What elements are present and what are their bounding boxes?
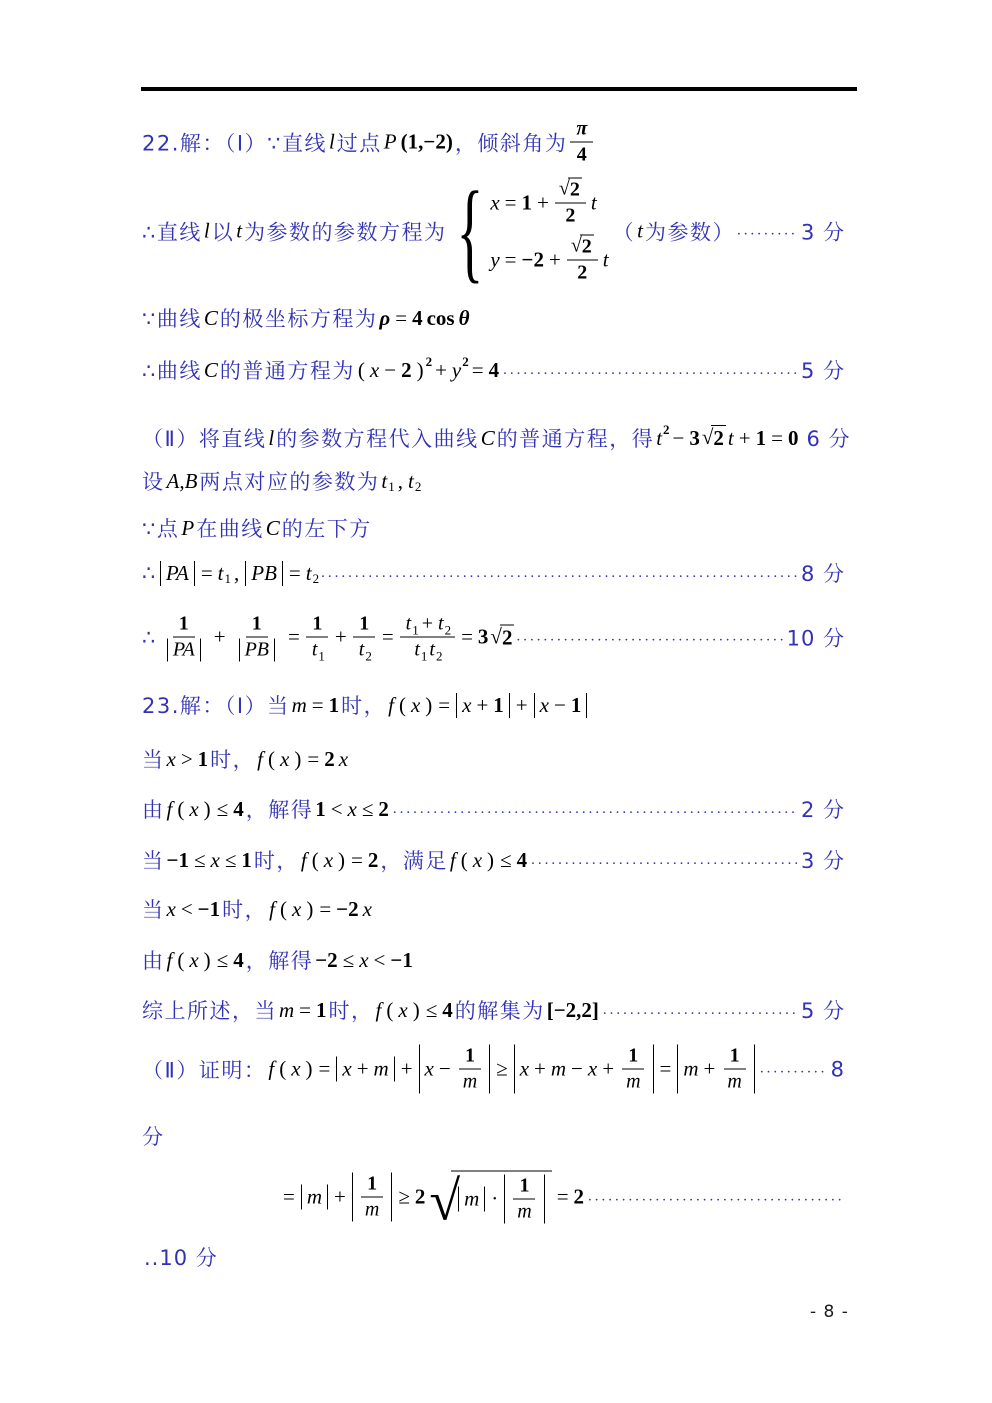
radical-sign: √	[429, 1180, 460, 1225]
math-segment: 1	[359, 613, 369, 636]
radicand: 2	[711, 425, 726, 451]
math-segment: A,B	[167, 469, 198, 494]
math-segment: =	[557, 1185, 569, 1210]
math-segment: +	[739, 426, 751, 451]
math-segment: )	[338, 848, 345, 873]
math-segment: 4	[577, 144, 587, 167]
math-segment: =	[505, 190, 517, 215]
math-segment: 2	[324, 747, 335, 772]
math-segment: )	[487, 848, 494, 873]
math-segment: x	[411, 693, 420, 718]
absolute-value-group: m + 1 m	[677, 1045, 754, 1094]
text-segment: 22.解：（Ⅰ）∵直线	[142, 127, 327, 157]
math-segment: C	[204, 358, 218, 383]
math-segment: x	[473, 848, 482, 873]
absolute-value-group: x + m	[336, 1057, 394, 1082]
math-segment: ρ	[379, 306, 390, 331]
text-segment: （	[613, 216, 636, 246]
math-segment: ≥	[398, 1185, 410, 1210]
subscript: 2	[445, 622, 452, 638]
math-segment: 1	[241, 848, 252, 873]
math-segment: 1	[730, 1045, 740, 1068]
math-segment: PB	[245, 639, 269, 662]
math-segment: 4	[442, 998, 453, 1023]
fraction: 1 t2	[353, 613, 376, 662]
math-segment: +	[357, 1057, 369, 1082]
equation-column: x = 1 + √2 2 t y = −2 + √2	[488, 178, 610, 285]
math-segment: (	[177, 948, 184, 973]
exponent: 2	[426, 354, 433, 370]
equation-y: y = −2 + √2 2 t	[488, 235, 610, 285]
math-segment: 1	[315, 797, 326, 822]
q22-line4: ∴曲线 C 的普通方程为 ( x − 2 ) 2 + y 2 = 4 .....…	[142, 355, 845, 385]
math-segment: t	[306, 561, 312, 586]
math-segment: (	[268, 747, 275, 772]
math-segment: ≤	[362, 797, 374, 822]
math-segment: t	[218, 561, 224, 586]
math-segment: x	[363, 897, 372, 922]
math-segment: )	[294, 747, 301, 772]
math-segment: 2	[401, 358, 412, 383]
math-segment: −	[439, 1057, 451, 1082]
brace-symbol: {	[456, 178, 483, 284]
math-segment: (	[461, 848, 468, 873]
math-segment: x	[189, 797, 198, 822]
radicand: m · 1 m	[451, 1171, 552, 1224]
math-segment: )	[204, 948, 211, 973]
math-segment: t	[381, 469, 387, 494]
equation-x: x = 1 + √2 2 t	[488, 178, 610, 228]
math-segment: 2	[368, 848, 379, 873]
text-segment: 23.解：（Ⅰ）当	[142, 690, 290, 720]
math-segment: )	[306, 1057, 313, 1082]
math-segment: ≤	[500, 848, 512, 873]
score-label: 3 分	[801, 216, 845, 246]
dots-leader: ........................................…	[531, 853, 797, 868]
math-segment: ≤	[426, 998, 438, 1023]
math-segment: cos	[427, 306, 455, 331]
q23-line1: 23.解：（Ⅰ）当 m = 1 时， f ( x ) = x + 1 + x −…	[142, 690, 590, 720]
math-segment: )	[417, 358, 424, 383]
text-segment: 的极坐标方程为	[220, 303, 378, 333]
radicand: 2	[500, 624, 515, 650]
math-segment: ,	[398, 469, 403, 494]
math-segment: )	[204, 797, 211, 822]
math-segment: l	[268, 426, 274, 451]
math-segment: 1	[522, 190, 533, 215]
math-segment: =	[771, 426, 783, 451]
math-segment: t	[591, 190, 597, 215]
math-segment: ≤	[194, 848, 206, 873]
radical: √2	[559, 178, 582, 202]
math-segment: y	[452, 358, 461, 383]
radical: √2	[490, 624, 514, 650]
math-segment: (	[399, 693, 406, 718]
math-segment: +	[335, 625, 347, 650]
q23-line5: 当 x < −1 时， f ( x ) = −2 x	[142, 894, 374, 924]
math-segment: t	[408, 469, 414, 494]
q22-line3: ∵曲线 C 的极坐标方程为 ρ = 4 cos θ	[142, 303, 471, 333]
math-segment: −2	[522, 247, 544, 272]
math-segment: −2	[315, 948, 337, 973]
math-segment: x	[342, 1057, 351, 1082]
math-segment: +	[537, 190, 549, 215]
math-segment: <	[374, 948, 386, 973]
math-segment: x	[291, 1057, 300, 1082]
math-segment: 1	[519, 1175, 529, 1198]
math-segment: t	[236, 219, 242, 244]
math-segment: 3	[689, 426, 700, 451]
math-segment: +	[435, 358, 447, 383]
absolute-value-group: 1 m	[352, 1173, 392, 1222]
text-segment: 在曲线	[196, 513, 264, 543]
text-segment: 当	[142, 894, 165, 924]
math-segment: t	[429, 639, 435, 662]
math-segment: t	[438, 613, 444, 636]
text-segment: ，解得	[246, 794, 314, 824]
math-segment: x	[425, 1057, 434, 1082]
math-segment: 3	[478, 625, 489, 650]
math-segment: x	[339, 747, 348, 772]
math-segment: f	[301, 848, 307, 873]
math-segment: x	[398, 998, 407, 1023]
text-segment: 由	[142, 794, 165, 824]
math-segment: f	[167, 797, 173, 822]
math-segment: x	[280, 747, 289, 772]
text-segment: 当	[142, 845, 165, 875]
radical: √2	[571, 235, 594, 259]
math-segment: 4	[517, 848, 528, 873]
radical: √2	[702, 425, 726, 451]
math-segment: 4	[489, 358, 500, 383]
math-segment: −1	[198, 897, 220, 922]
math-segment: 1	[312, 613, 322, 636]
q22-line6: 设 A,B 两点对应的参数为 t 1 , t 2	[142, 466, 421, 496]
math-segment: (	[386, 998, 393, 1023]
score-label: 2 分	[801, 794, 845, 824]
absolute-value-group: PA	[167, 639, 201, 662]
score-label: 10 分	[787, 622, 845, 652]
fraction: t1 + t2 t1 t2	[400, 613, 455, 662]
math-segment: x	[540, 693, 549, 718]
math-segment: −	[384, 358, 396, 383]
subscript: 2	[365, 648, 372, 664]
text-segment: （Ⅱ）证明：	[142, 1054, 266, 1084]
math-segment: ·	[491, 1187, 498, 1212]
radicand: 2	[568, 178, 582, 202]
subscript: 2	[415, 479, 422, 495]
math-segment: C	[204, 306, 218, 331]
math-segment: [−2,2]	[547, 998, 599, 1023]
math-segment: m	[464, 1187, 479, 1212]
math-segment: m	[463, 1071, 477, 1094]
text-segment: 的普通方程，得	[497, 423, 655, 453]
math-segment: 2	[577, 262, 587, 285]
fraction: 1 m	[511, 1175, 537, 1224]
math-segment: f	[376, 998, 382, 1023]
score-label: 3 分	[801, 845, 845, 875]
math-segment: =	[288, 625, 300, 650]
q23-line4: 当 −1 ≤ x ≤ 1 时， f ( x ) = 2 ，满足 f ( x ) …	[142, 845, 845, 875]
math-segment: t	[637, 219, 643, 244]
q22-line1: 22.解：（Ⅰ）∵直线 l 过点 P (1,−2) ，倾斜角为 π 4	[142, 118, 596, 167]
fraction: 1 m	[620, 1045, 646, 1094]
math-segment: f	[388, 693, 394, 718]
math-segment: =	[438, 693, 450, 718]
math-segment: PA	[166, 561, 189, 586]
absolute-value-group: x − 1	[534, 693, 588, 718]
absolute-value-group: 1 m	[504, 1175, 544, 1224]
q23-line2: 当 x > 1 时， f ( x ) = 2 x	[142, 744, 350, 774]
math-segment: −1	[167, 848, 189, 873]
math-segment: x	[359, 948, 368, 973]
math-segment: 4	[412, 306, 423, 331]
math-segment: −	[571, 1057, 583, 1082]
math-segment: =	[472, 358, 484, 383]
fraction-sqrt2-2: √2 2	[555, 178, 586, 228]
math-segment: x	[588, 1057, 597, 1082]
math-segment: −	[554, 693, 566, 718]
dots-leader: ........................................…	[603, 1003, 797, 1018]
q23-line3: 由 f ( x ) ≤ 4 ，解得 1 < x ≤ 2 ............…	[142, 794, 845, 824]
text-segment: 由	[142, 945, 165, 975]
math-segment: +	[534, 1057, 546, 1082]
subscript: 1	[412, 622, 419, 638]
math-segment: (	[280, 897, 287, 922]
math-segment: f	[268, 1057, 274, 1082]
dots-leader: ........................................…	[588, 1190, 843, 1205]
subscript: 1	[388, 479, 395, 495]
math-segment: x	[490, 190, 499, 215]
math-segment: =	[319, 1057, 331, 1082]
absolute-value-group: x − 1 m	[419, 1045, 491, 1094]
fraction: 1 m	[359, 1173, 385, 1222]
fraction: 1 PA	[160, 613, 208, 662]
text-segment: 两点对应的参数为	[199, 466, 379, 496]
text-segment: 分	[142, 1121, 165, 1151]
math-segment: 1	[465, 1045, 475, 1068]
math-segment: 0	[788, 426, 799, 451]
subscript: 2	[436, 648, 443, 664]
math-segment: θ	[459, 306, 470, 331]
math-segment: +	[476, 693, 488, 718]
text-segment: 时，	[329, 995, 374, 1025]
score-label: 6 分	[806, 423, 850, 453]
text-segment: 过点	[337, 127, 382, 157]
math-segment: C	[481, 426, 495, 451]
math-segment: x	[324, 848, 333, 873]
math-segment: y	[490, 247, 499, 272]
math-segment: x	[167, 747, 176, 772]
text-segment: ，倾斜角为	[455, 127, 568, 157]
math-segment: 1	[252, 613, 262, 636]
math-segment: =	[395, 306, 407, 331]
math-segment: ≤	[225, 848, 237, 873]
math-segment: ,	[234, 561, 239, 586]
fraction: 1 m	[457, 1045, 483, 1094]
fraction: 1 PB	[232, 613, 282, 662]
math-segment: ≤	[343, 948, 355, 973]
math-segment: t	[406, 613, 412, 636]
absolute-value-group: x + 1	[456, 693, 510, 718]
text-segment: 当	[142, 744, 165, 774]
math-segment: x	[189, 948, 198, 973]
text-segment: 时，	[254, 845, 299, 875]
math-segment: =	[201, 561, 213, 586]
text-segment: ∵点	[142, 513, 179, 543]
math-segment: +	[401, 1057, 413, 1082]
math-segment: m	[307, 1185, 322, 1210]
absolute-value-group: m	[458, 1187, 485, 1212]
math-segment: 2	[565, 205, 575, 228]
math-segment: f	[257, 747, 263, 772]
text-segment: ∴曲线	[142, 355, 202, 385]
math-segment: 1	[316, 998, 327, 1023]
exponent: 2	[663, 422, 670, 438]
absolute-value-group: PA	[160, 561, 195, 586]
text-segment: 为参数）	[645, 216, 735, 246]
math-segment: x	[211, 848, 220, 873]
math-segment: t	[656, 426, 662, 451]
math-segment: =	[461, 625, 473, 650]
q23-line10: = m + 1 m ≥ 2 √ m · 1 m =	[280, 1171, 845, 1224]
radical: √ m · 1 m	[429, 1171, 551, 1224]
subscript: 2	[313, 571, 320, 587]
math-segment: l	[204, 219, 210, 244]
fraction-pi-4: π 4	[570, 118, 593, 167]
math-segment: m	[374, 1057, 389, 1082]
score-label: 5 分	[801, 355, 845, 385]
math-segment: ≤	[217, 948, 229, 973]
q22-line8: ∴ PA = t 1 , PB = t 2 ..................…	[142, 558, 845, 588]
equation-system: { x = 1 + √2 2 t y = −2 +	[449, 178, 611, 285]
math-segment: 4	[233, 797, 244, 822]
text-segment: （Ⅱ）将直线	[142, 423, 266, 453]
text-segment: ∵曲线	[142, 303, 202, 333]
q23-line8: （Ⅱ）证明： f ( x ) = x + m + x − 1 m ≥ x + m…	[142, 1045, 845, 1094]
math-segment: 2	[574, 1185, 585, 1210]
math-segment: 2	[378, 797, 389, 822]
math-segment: 4	[233, 948, 244, 973]
dots-leader: ........................................…	[321, 566, 797, 581]
q22-line9: ∴ 1 PA + 1 PB = 1 t1 + 1 t2 = t1 + t2	[142, 613, 845, 662]
absolute-value-group: PB	[245, 561, 283, 586]
q22-line7: ∵点 P 在曲线 C 的左下方	[142, 513, 372, 543]
math-segment: <	[331, 797, 343, 822]
math-segment: m	[727, 1071, 741, 1094]
dots-leader: ........................................…	[393, 802, 797, 817]
q22-line2: ∴直线 l 以 t 为参数的参数方程为 { x = 1 + √2 2 t	[142, 178, 845, 285]
math-segment: m	[365, 1199, 379, 1222]
math-segment: )	[425, 693, 432, 718]
math-segment: =	[319, 897, 331, 922]
math-segment: 1	[198, 747, 209, 772]
top-rule	[141, 87, 857, 91]
text-segment: ，解得	[246, 945, 314, 975]
absolute-value-group: x + m − x + 1 m	[514, 1045, 654, 1094]
math-segment: f	[450, 848, 456, 873]
subscript: 1	[225, 571, 232, 587]
math-segment: =	[289, 561, 301, 586]
math-segment: +	[549, 247, 561, 272]
text-segment: 时，	[341, 690, 386, 720]
math-segment: m	[292, 693, 307, 718]
math-segment: ≤	[217, 797, 229, 822]
math-segment: +	[516, 693, 528, 718]
subscript: 1	[421, 648, 428, 664]
q23-line9: 分	[142, 1121, 165, 1151]
text-segment: 为参数的参数方程为	[244, 216, 447, 246]
fraction: 1 m	[721, 1045, 747, 1094]
math-segment: x	[462, 693, 471, 718]
math-segment: m	[683, 1057, 698, 1082]
q23-line11: ..10 分	[142, 1242, 218, 1272]
math-segment: )	[413, 998, 420, 1023]
math-segment: =	[299, 998, 311, 1023]
text-segment: ，满足	[380, 845, 448, 875]
math-segment: =	[382, 625, 394, 650]
text-segment: 时，	[222, 894, 267, 924]
math-segment: t	[603, 247, 609, 272]
text-segment: 以	[212, 216, 235, 246]
math-segment: x	[292, 897, 301, 922]
math-segment: t	[359, 639, 365, 662]
math-segment: +	[422, 613, 433, 636]
math-segment: +	[602, 1057, 614, 1082]
text-segment: 的参数方程代入曲线	[276, 423, 479, 453]
math-segment: <	[181, 897, 193, 922]
math-segment: =	[307, 747, 319, 772]
math-segment: 1	[571, 693, 582, 718]
math-segment: m	[279, 998, 294, 1023]
text-segment: 的普通方程为	[220, 355, 355, 385]
math-segment: (	[177, 797, 184, 822]
text-segment: 的左下方	[282, 513, 372, 543]
math-segment: 1	[628, 1045, 638, 1068]
math-segment: C	[266, 516, 280, 541]
math-segment: m	[517, 1201, 531, 1224]
math-segment: m	[551, 1057, 566, 1082]
text-segment: 综上所述，当	[142, 995, 277, 1025]
math-segment: 1	[367, 1173, 377, 1196]
math-segment: t	[414, 639, 420, 662]
math-segment: (	[358, 358, 365, 383]
q23-line7: 综上所述，当 m = 1 时， f ( x ) ≤ 4 的解集为 [−2,2] …	[142, 995, 845, 1025]
radicand: 2	[580, 235, 594, 259]
math-segment: f	[167, 948, 173, 973]
q22-line5: （Ⅱ）将直线 l 的参数方程代入曲线 C 的普通方程，得 t 2 − 3 √2 …	[142, 423, 845, 453]
text-segment: 的解集为	[455, 995, 545, 1025]
math-segment: 2	[415, 1185, 426, 1210]
math-segment: x	[370, 358, 379, 383]
q23-line6: 由 f ( x ) ≤ 4 ，解得 −2 ≤ x < −1	[142, 945, 415, 975]
math-segment: PA	[173, 639, 195, 662]
math-segment: −1	[390, 948, 412, 973]
math-segment: x	[167, 897, 176, 922]
math-segment: ≥	[496, 1057, 508, 1082]
dots-leader: ........................................…	[760, 1062, 827, 1077]
fraction: 1 t1	[306, 613, 329, 662]
math-segment: t	[312, 639, 318, 662]
math-segment: =	[505, 247, 517, 272]
exponent: 2	[462, 354, 469, 370]
math-segment: )	[306, 897, 313, 922]
math-segment: 1	[329, 693, 340, 718]
score-label: 5 分	[801, 995, 845, 1025]
math-segment: 1	[179, 613, 189, 636]
subscript: 1	[318, 648, 325, 664]
math-segment: π	[576, 118, 587, 141]
